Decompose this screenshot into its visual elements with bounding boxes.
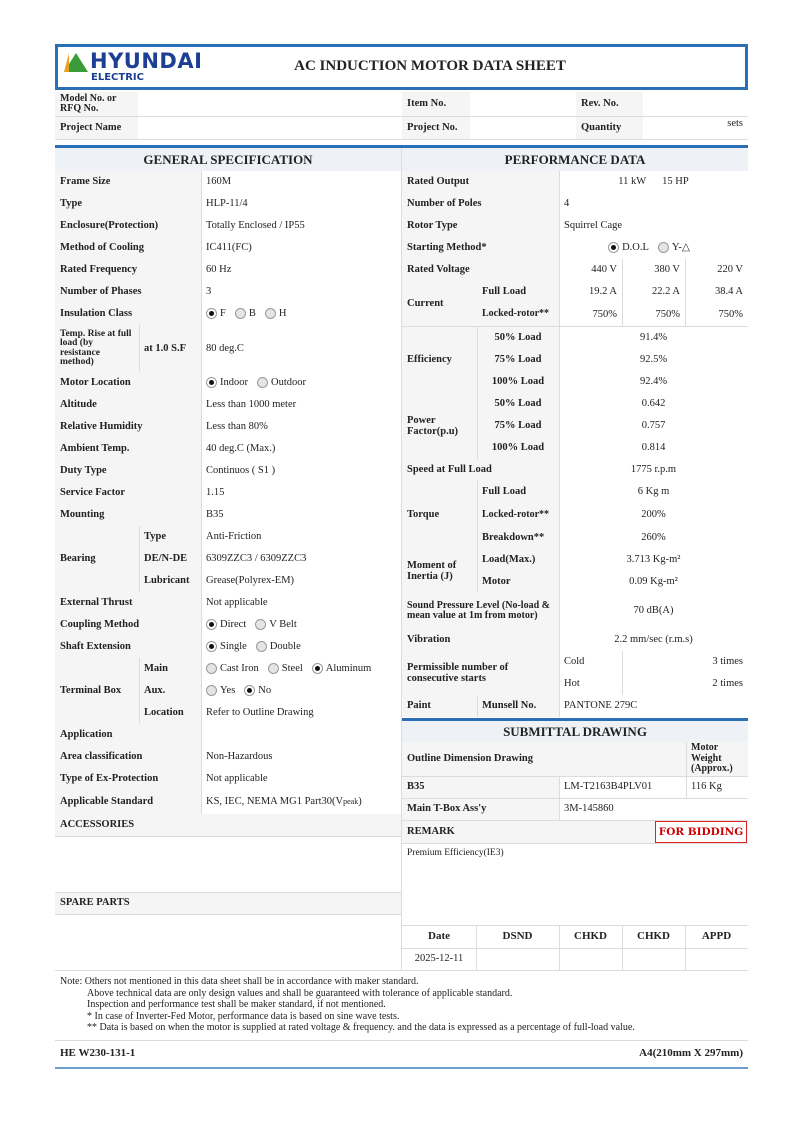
frequency-label: Rated Frequency [55, 259, 201, 281]
standard-sub: peak [343, 798, 358, 806]
divider [477, 549, 478, 593]
starting-method-label: Starting Method* [402, 237, 559, 259]
radio-option-outdoor[interactable]: Outdoor [257, 377, 306, 388]
rated-voltage-value: 380 V [622, 259, 685, 281]
b35-drawing-no: LM-T2163B4PLV01 [559, 776, 686, 798]
current-full-label: Full Load [477, 281, 559, 303]
standard-end: ) [358, 796, 362, 807]
efficiency-value: 91.4% [559, 327, 748, 349]
current-full-value: 19.2 A [559, 281, 622, 303]
hyundai-logo: HYUNDAI ELECTRIC [62, 51, 212, 87]
radio-label: H [279, 308, 287, 319]
remark-text: Premium Efficiency(IE3) [402, 843, 748, 925]
divider [139, 658, 140, 724]
radio-unchecked-icon[interactable] [268, 663, 279, 674]
divider [201, 171, 202, 814]
radio-option-d-o-l[interactable]: D.O.L [608, 242, 649, 253]
coupling-method-label: Coupling Method [55, 614, 201, 636]
rotor-label: Rotor Type [402, 215, 559, 237]
divider [685, 259, 686, 326]
sign-header: APPD [685, 926, 748, 948]
radio-option-v-belt[interactable]: V Belt [255, 619, 297, 630]
service-factor-value: 1.15 [201, 482, 401, 504]
altitude-label: Altitude [55, 394, 201, 416]
radio-unchecked-icon[interactable] [265, 308, 276, 319]
current-locked-value: 750% [559, 303, 622, 326]
radio-option-yes[interactable]: Yes [206, 685, 235, 696]
radio-option-single[interactable]: Single [206, 641, 247, 652]
application-value[interactable] [201, 724, 401, 746]
sign-value[interactable] [476, 948, 559, 970]
poles-label: Number of Poles [402, 193, 559, 215]
note-line: Above technical data are only design val… [60, 988, 635, 1000]
divider [622, 651, 623, 695]
terminal-main-label: Main [139, 658, 201, 680]
divider [477, 327, 478, 393]
torque-breakdown-label: Breakdown** [477, 527, 559, 549]
note-lead: Note: Others not mentioned in this data … [60, 976, 635, 988]
general-spec-header: GENERAL SPECIFICATION [55, 148, 401, 171]
radio-checked-icon[interactable] [608, 242, 619, 253]
bearing-type-label: Type [139, 526, 201, 548]
temp-rise-label: Temp. Rise at full load (by resistance m… [55, 325, 139, 372]
notes: Note: Others not mentioned in this data … [60, 976, 635, 1034]
radio-label: Steel [282, 663, 303, 674]
altitude-value: Less than 1000 meter [201, 394, 401, 416]
duty-value: Continuos ( S1 ) [201, 460, 401, 482]
frame-size-value: 160M [201, 171, 401, 193]
radio-checked-icon[interactable] [206, 377, 217, 388]
current-full-value: 38.4 A [685, 281, 748, 303]
terminal-aux-label: Aux. [139, 680, 201, 702]
radio-unchecked-icon[interactable] [256, 641, 267, 652]
tbox-label: Main T-Box Ass'y [402, 798, 559, 820]
insulation-class-label: Insulation Class [55, 303, 201, 325]
radio-option-aluminum[interactable]: Aluminum [312, 663, 372, 674]
terminal-main-radio[interactable]: Cast IronSteelAluminum [201, 658, 401, 680]
divider [559, 171, 560, 717]
torque-full-value: 6 Kg m [559, 481, 748, 503]
project-name-field[interactable] [138, 116, 402, 139]
efficiency-label: Efficiency [402, 327, 477, 393]
item-field[interactable] [470, 92, 576, 116]
sign-value: 2025-12-11 [402, 948, 476, 970]
application-label: Application [55, 724, 201, 746]
temp-rise-value: 80 deg.C [201, 325, 401, 372]
standard-text: KS, IEC, NEMA MG1 Part30(V [206, 796, 343, 807]
shaft-extension-label: Shaft Extension [55, 636, 201, 658]
project-no-field[interactable] [470, 116, 576, 139]
radio-unchecked-icon[interactable] [257, 377, 268, 388]
logo-accent-icon [64, 53, 69, 72]
radio-label: Aluminum [326, 663, 372, 674]
radio-option-double[interactable]: Double [256, 641, 301, 652]
radio-unchecked-icon[interactable] [206, 685, 217, 696]
radio-option-h[interactable]: H [265, 308, 287, 319]
bearing-lub-label: Lubricant [139, 570, 201, 592]
sign-value[interactable] [559, 948, 622, 970]
mounting-label: Mounting [55, 504, 201, 526]
vibration-label: Vibration [402, 629, 559, 651]
sign-header: CHKD [559, 926, 622, 948]
temp-rise-sublabel: at 1.0 S.F [139, 325, 201, 372]
area-value: Non-Hazardous [201, 746, 401, 768]
efficiency-value: 92.5% [559, 349, 748, 371]
tbox-value: 3M-145860 [559, 798, 748, 820]
applicable-standard-value: KS, IEC, NEMA MG1 Part30(Vpeak) [201, 790, 401, 814]
bearing-de-value: 6309ZZC3 / 6309ZZC3 [201, 548, 401, 570]
spare-parts-field[interactable] [55, 914, 401, 970]
note-line: * In case of Inverter-Fed Motor, perform… [60, 1011, 635, 1023]
rev-label: Rev. No. [576, 92, 643, 116]
project-no-label: Project No. [402, 116, 470, 139]
divider [139, 325, 140, 372]
radio-option-steel[interactable]: Steel [268, 663, 303, 674]
ambient-value: 40 deg.C (Max.) [201, 438, 401, 460]
divider [402, 948, 748, 949]
radio-option-indoor[interactable]: Indoor [206, 377, 248, 388]
bearing-label: Bearing [55, 526, 139, 592]
power-factor-load-label: 100% Load [477, 437, 559, 459]
rated-voltage-value: 440 V [559, 259, 622, 281]
area-label: Area classification [55, 746, 201, 768]
power-factor-label: Power Factor(p.u) [402, 393, 477, 459]
radio-label: Cast Iron [220, 663, 259, 674]
radio-label: Double [270, 641, 301, 652]
radio-option-f[interactable]: F [206, 308, 226, 319]
rev-field[interactable] [643, 92, 748, 116]
bearing-type-value: Anti-Friction [201, 526, 401, 548]
radio-unchecked-icon[interactable] [658, 242, 669, 253]
service-factor-label: Service Factor [55, 482, 201, 504]
vibration-value: 2.2 mm/sec (r.m.s) [559, 629, 748, 651]
power-factor-value: 0.642 [559, 393, 748, 415]
efficiency-value: 92.4% [559, 371, 748, 393]
footer-rule [55, 1067, 748, 1069]
torque-full-label: Full Load [477, 481, 559, 503]
radio-option-no[interactable]: No [244, 685, 271, 696]
note-line: Inspection and performance test shall be… [60, 999, 635, 1011]
divider [55, 116, 748, 117]
radio-checked-icon[interactable] [206, 619, 217, 630]
type-label: Type [55, 193, 201, 215]
sign-value[interactable] [685, 948, 748, 970]
terminal-box-label: Terminal Box [55, 658, 139, 724]
radio-label: Y-△ [672, 242, 690, 253]
torque-breakdown-value: 260% [559, 527, 748, 549]
output-kw: 11 kW [618, 176, 646, 187]
item-label: Item No. [402, 92, 470, 116]
efficiency-load-label: 100% Load [477, 371, 559, 393]
consecutive-starts-label: Permissible number of consecutive starts [402, 651, 559, 695]
bearing-de-label: DE/N-DE [139, 548, 201, 570]
performance-header: PERFORMANCE DATA [402, 148, 748, 171]
note-line: ** Data is based on when the motor is su… [60, 1022, 635, 1034]
speed-value: 1775 r.p.m [559, 459, 748, 481]
radio-label: B [249, 308, 256, 319]
starts-cold-label: Cold [559, 651, 622, 673]
coupling-method-radio[interactable]: DirectV Belt [201, 614, 401, 636]
humidity-value: Less than 80% [201, 416, 401, 438]
radio-checked-icon[interactable] [244, 685, 255, 696]
logo-brand: HYUNDAI [90, 49, 202, 73]
efficiency-load-label: 75% Load [477, 349, 559, 371]
sign-header: DSND [476, 926, 559, 948]
output-hp: 15 HP [662, 176, 689, 187]
radio-checked-icon[interactable] [206, 308, 217, 319]
divider [622, 259, 623, 326]
accessories-field[interactable] [55, 836, 401, 892]
radio-label: Indoor [220, 377, 248, 388]
submittal-header: SUBMITTAL DRAWING [402, 721, 748, 742]
current-locked-value: 750% [622, 303, 685, 326]
inertia-motor-value: 0.09 Kg-m² [559, 571, 748, 593]
radio-label: Yes [220, 685, 235, 696]
ex-protection-value: Not applicable [201, 768, 401, 790]
rated-output-label: Rated Output [402, 171, 559, 193]
paint-value: PANTONE 279C [559, 695, 748, 717]
ex-protection-label: Type of Ex-Protection [55, 768, 201, 790]
efficiency-load-label: 50% Load [477, 327, 559, 349]
starting-method-radio[interactable]: D.O.LY-△ [559, 237, 748, 259]
logo-sub: ELECTRIC [91, 72, 144, 83]
phases-value: 3 [201, 281, 401, 303]
b35-label: B35 [402, 776, 559, 798]
radio-option-y-[interactable]: Y-△ [658, 242, 690, 253]
outline-drawing-label: Outline Dimension Drawing [402, 742, 686, 776]
frequency-value: 60 Hz [201, 259, 401, 281]
radio-unchecked-icon[interactable] [206, 663, 217, 674]
power-factor-value: 0.757 [559, 415, 748, 437]
divider [477, 393, 478, 459]
radio-label: Outdoor [271, 377, 306, 388]
inertia-load-value: 3.713 Kg-m² [559, 549, 748, 571]
starts-cold-value: 3 times [622, 651, 748, 673]
external-thrust-label: External Thrust [55, 592, 201, 614]
ambient-label: Ambient Temp. [55, 438, 201, 460]
radio-option-direct[interactable]: Direct [206, 619, 246, 630]
rated-voltage-value: 220 V [685, 259, 748, 281]
inertia-motor-label: Motor [477, 571, 559, 593]
external-thrust-value: Not applicable [201, 592, 401, 614]
for-bidding-badge: FOR BIDDING [655, 821, 747, 843]
radio-option-b[interactable]: B [235, 308, 256, 319]
motor-weight-label: Motor Weight (Approx.) [686, 742, 748, 776]
motor-location-radio[interactable]: IndoorOutdoor [201, 372, 401, 394]
starts-hot-label: Hot [559, 673, 622, 695]
frame-size-label: Frame Size [55, 171, 201, 193]
quantity-field[interactable]: sets [643, 116, 748, 139]
terminal-location-value: Refer to Outline Drawing [201, 702, 401, 724]
shaft-extension-radio[interactable]: SingleDouble [201, 636, 401, 658]
power-factor-load-label: 50% Load [477, 393, 559, 415]
torque-locked-value: 200% [559, 503, 748, 527]
inertia-load-label: Load(Max.) [477, 549, 559, 571]
rated-output-value: 11 kW15 HP [559, 171, 748, 193]
humidity-label: Relative Humidity [55, 416, 201, 438]
project-name-label: Project Name [55, 116, 138, 139]
radio-label: No [258, 685, 271, 696]
radio-label: Direct [220, 619, 246, 630]
mounting-value: B35 [201, 504, 401, 526]
rotor-value: Squirrel Cage [559, 215, 748, 237]
terminal-location-label: Location [139, 702, 201, 724]
starts-hot-value: 2 times [622, 673, 748, 695]
applicable-standard-label: Applicable Standard [55, 790, 201, 814]
insulation-class-radio[interactable]: FBH [201, 303, 401, 325]
power-factor-value: 0.814 [559, 437, 748, 459]
spare-parts-label: SPARE PARTS [55, 892, 401, 914]
munsell-label: Munsell No. [477, 695, 559, 717]
phases-label: Number of Phases [55, 281, 201, 303]
divider [477, 695, 478, 717]
doc-number: HE W230-131-1 [55, 1044, 355, 1064]
divider [477, 481, 478, 549]
model-field[interactable] [138, 92, 402, 116]
radio-label: D.O.L [622, 242, 649, 253]
radio-checked-icon[interactable] [312, 663, 323, 674]
sign-header: Date [402, 926, 476, 948]
duty-label: Duty Type [55, 460, 201, 482]
motor-location-label: Motor Location [55, 372, 201, 394]
current-label: Current [402, 281, 477, 326]
power-factor-load-label: 75% Load [477, 415, 559, 437]
motor-weight-value: 116 Kg [686, 776, 748, 798]
radio-option-cast-iron[interactable]: Cast Iron [206, 663, 259, 674]
page-title: AC INDUCTION MOTOR DATA SHEET [200, 58, 660, 75]
radio-label: V Belt [269, 619, 297, 630]
poles-value: 4 [559, 193, 748, 215]
quantity-unit: sets [727, 118, 743, 129]
bearing-lub-value: Grease(Polyrex-EM) [201, 570, 401, 592]
quantity-label: Quantity [576, 116, 643, 139]
sound-level-value: 70 dB(A) [559, 593, 748, 629]
current-locked-label: Locked-rotor** [477, 303, 559, 326]
sound-level-label: Sound Pressure Level (No-load & mean val… [402, 593, 559, 629]
radio-unchecked-icon[interactable] [235, 308, 246, 319]
divider [55, 139, 748, 140]
torque-locked-label: Locked-rotor** [477, 503, 559, 527]
rated-voltage-label: Rated Voltage [402, 259, 559, 281]
current-locked-value: 750% [685, 303, 748, 326]
radio-label: Single [220, 641, 247, 652]
radio-checked-icon[interactable] [206, 641, 217, 652]
terminal-aux-radio[interactable]: YesNo [201, 680, 401, 702]
radio-unchecked-icon[interactable] [255, 619, 266, 630]
current-full-value: 22.2 A [622, 281, 685, 303]
radio-label: F [220, 308, 226, 319]
sign-header: CHKD [622, 926, 685, 948]
speed-label: Speed at Full Load [402, 459, 559, 481]
enclosure-label: Enclosure(Protection) [55, 215, 201, 237]
accessories-label: ACCESSORIES [55, 814, 401, 836]
model-label: Model No. or RFQ No. [55, 92, 138, 116]
cooling-label: Method of Cooling [55, 237, 201, 259]
cooling-value: IC411(FC) [201, 237, 401, 259]
torque-label: Torque [402, 481, 477, 549]
type-value: HLP-11/4 [201, 193, 401, 215]
inertia-label: Moment of Inertia (J) [402, 549, 477, 593]
enclosure-value: Totally Enclosed / IP55 [201, 215, 401, 237]
divider [139, 526, 140, 592]
paper-size: A4(210mm X 297mm) [448, 1044, 748, 1064]
paint-label: Paint [402, 695, 477, 717]
sign-value[interactable] [622, 948, 685, 970]
